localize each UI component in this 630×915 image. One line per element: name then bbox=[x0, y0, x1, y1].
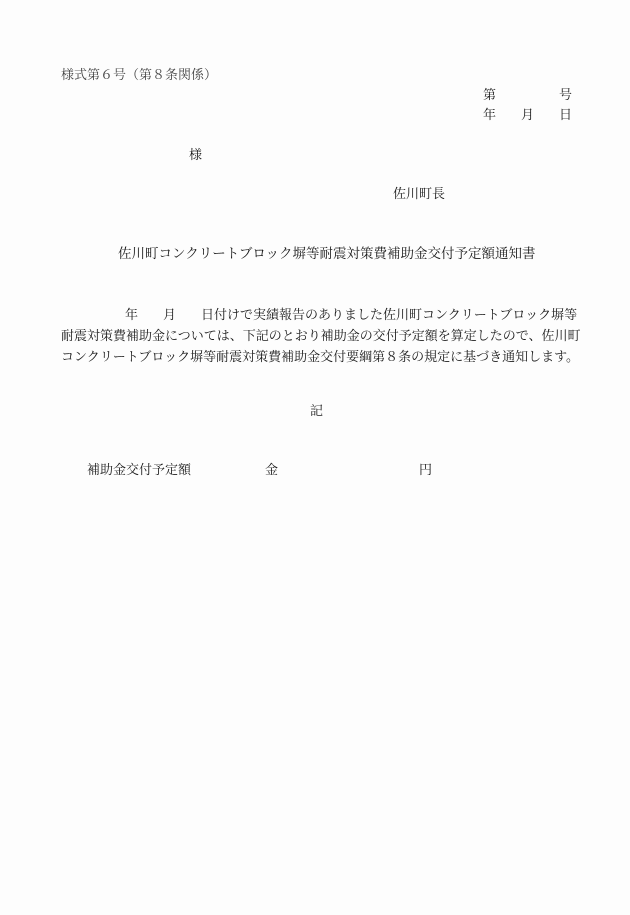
body-line-1: 年月日付けで実績報告のありました佐川町コンクリートブロック塀等 bbox=[61, 305, 581, 326]
body-line-2: 耐震対策費補助金については、下記のとおり補助金の交付予定額を算定したので、佐川町 bbox=[61, 326, 581, 347]
doc-date-month: 月 bbox=[521, 108, 534, 124]
form-label: 様式第６号（第８条関係） bbox=[61, 68, 217, 84]
amount-prefix: 金 bbox=[265, 463, 278, 479]
amount-label: 補助金交付予定額 bbox=[87, 463, 191, 479]
doc-date-year: 年 bbox=[483, 108, 496, 124]
doc-number-suffix: 号 bbox=[559, 88, 572, 104]
doc-date-day: 日 bbox=[559, 108, 572, 124]
recipient-honorific: 様 bbox=[189, 148, 202, 164]
document-title: 佐川町コンクリートブロック塀等耐震対策費補助金交付予定額通知書 bbox=[118, 246, 536, 262]
sender-name: 佐川町長 bbox=[393, 187, 445, 203]
body-date-year: 年 bbox=[125, 308, 138, 323]
body-line-1-text: 日付けで実績報告のありました佐川町コンクリートブロック塀等 bbox=[201, 308, 577, 323]
body-paragraph: 年月日付けで実績報告のありました佐川町コンクリートブロック塀等 耐震対策費補助金… bbox=[61, 305, 581, 368]
body-line-3: コンクリートブロック塀等耐震対策費補助金交付要綱第８条の規定に基づき通知します。 bbox=[61, 347, 581, 368]
ki-heading: 記 bbox=[310, 404, 323, 420]
doc-number-prefix: 第 bbox=[483, 88, 496, 104]
amount-unit: 円 bbox=[419, 463, 432, 479]
body-date-month: 月 bbox=[163, 308, 176, 323]
